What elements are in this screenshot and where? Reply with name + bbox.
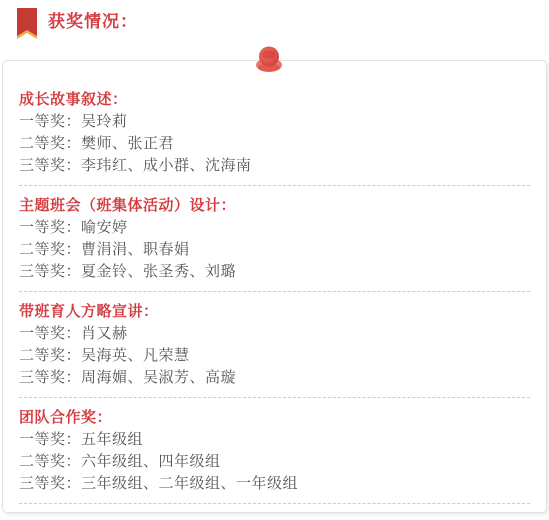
prize-label: 二等奖：	[19, 347, 81, 364]
award-section-growth-story: 成长故事叙述： 一等奖：吴玲莉 二等奖：樊师、张正君 三等奖：李玮红、成小群、沈…	[19, 89, 530, 186]
prize-label: 二等奖：	[19, 241, 81, 258]
section-divider	[19, 185, 530, 186]
award-row: 三等奖：夏金铃、张圣秀、刘璐	[19, 261, 530, 283]
prize-label: 二等奖：	[19, 135, 81, 152]
winner-names: 李玮红、成小群、沈海南	[81, 157, 252, 174]
awards-panel: 成长故事叙述： 一等奖：吴玲莉 二等奖：樊师、张正君 三等奖：李玮红、成小群、沈…	[2, 60, 547, 513]
award-row: 一等奖：五年级组	[19, 429, 530, 451]
section-divider	[19, 503, 530, 504]
section-heading: 成长故事叙述：	[19, 89, 530, 111]
prize-label: 三等奖：	[19, 369, 81, 386]
winner-names: 周海媚、吴淑芳、高璇	[81, 369, 236, 386]
section-divider	[19, 291, 530, 292]
winner-names: 曹涓涓、职春娟	[81, 241, 190, 258]
prize-label: 二等奖：	[19, 453, 81, 470]
prize-label: 一等奖：	[19, 113, 81, 130]
winner-names: 六年级组、四年级组	[81, 453, 221, 470]
prize-label: 三等奖：	[19, 157, 81, 174]
section-heading: 带班育人方略宣讲：	[19, 301, 530, 323]
award-row: 三等奖：三年级组、二年级组、一年级组	[19, 473, 530, 495]
award-row: 一等奖：喻安婷	[19, 217, 530, 239]
award-section-class-management-speech: 带班育人方略宣讲： 一等奖：肖又赫 二等奖：吴海英、凡荣慧 三等奖：周海媚、吴淑…	[19, 301, 530, 398]
award-row: 二等奖：樊师、张正君	[19, 133, 530, 155]
winner-names: 肖又赫	[81, 325, 128, 342]
prize-label: 三等奖：	[19, 475, 81, 492]
winner-names: 喻安婷	[81, 219, 128, 236]
bookmark-ribbon-icon	[17, 8, 37, 39]
award-row: 三等奖：李玮红、成小群、沈海南	[19, 155, 530, 177]
page-title: 获奖情况：	[48, 12, 138, 31]
page-header: 获奖情况：	[0, 0, 549, 39]
section-divider	[19, 397, 530, 398]
winner-names: 五年级组	[81, 431, 143, 448]
prize-label: 一等奖：	[19, 219, 81, 236]
section-heading: 团队合作奖：	[19, 407, 530, 429]
winner-names: 樊师、张正君	[81, 135, 174, 152]
award-section-team-cooperation: 团队合作奖： 一等奖：五年级组 二等奖：六年级组、四年级组 三等奖：三年级组、二…	[19, 407, 530, 504]
winner-names: 吴海英、凡荣慧	[81, 347, 190, 364]
prize-label: 三等奖：	[19, 263, 81, 280]
winner-names: 三年级组、二年级组、一年级组	[81, 475, 298, 492]
award-row: 三等奖：周海媚、吴淑芳、高璇	[19, 367, 530, 389]
section-heading: 主题班会（班集体活动）设计：	[19, 195, 530, 217]
award-row: 二等奖：吴海英、凡荣慧	[19, 345, 530, 367]
award-row: 二等奖：六年级组、四年级组	[19, 451, 530, 473]
award-row: 一等奖：吴玲莉	[19, 111, 530, 133]
winner-names: 夏金铃、张圣秀、刘璐	[81, 263, 236, 280]
award-section-class-meeting-design: 主题班会（班集体活动）设计： 一等奖：喻安婷 二等奖：曹涓涓、职春娟 三等奖：夏…	[19, 195, 530, 292]
award-row: 二等奖：曹涓涓、职春娟	[19, 239, 530, 261]
winner-names: 吴玲莉	[81, 113, 128, 130]
award-row: 一等奖：肖又赫	[19, 323, 530, 345]
prize-label: 一等奖：	[19, 431, 81, 448]
pushpin-icon	[255, 45, 283, 73]
prize-label: 一等奖：	[19, 325, 81, 342]
